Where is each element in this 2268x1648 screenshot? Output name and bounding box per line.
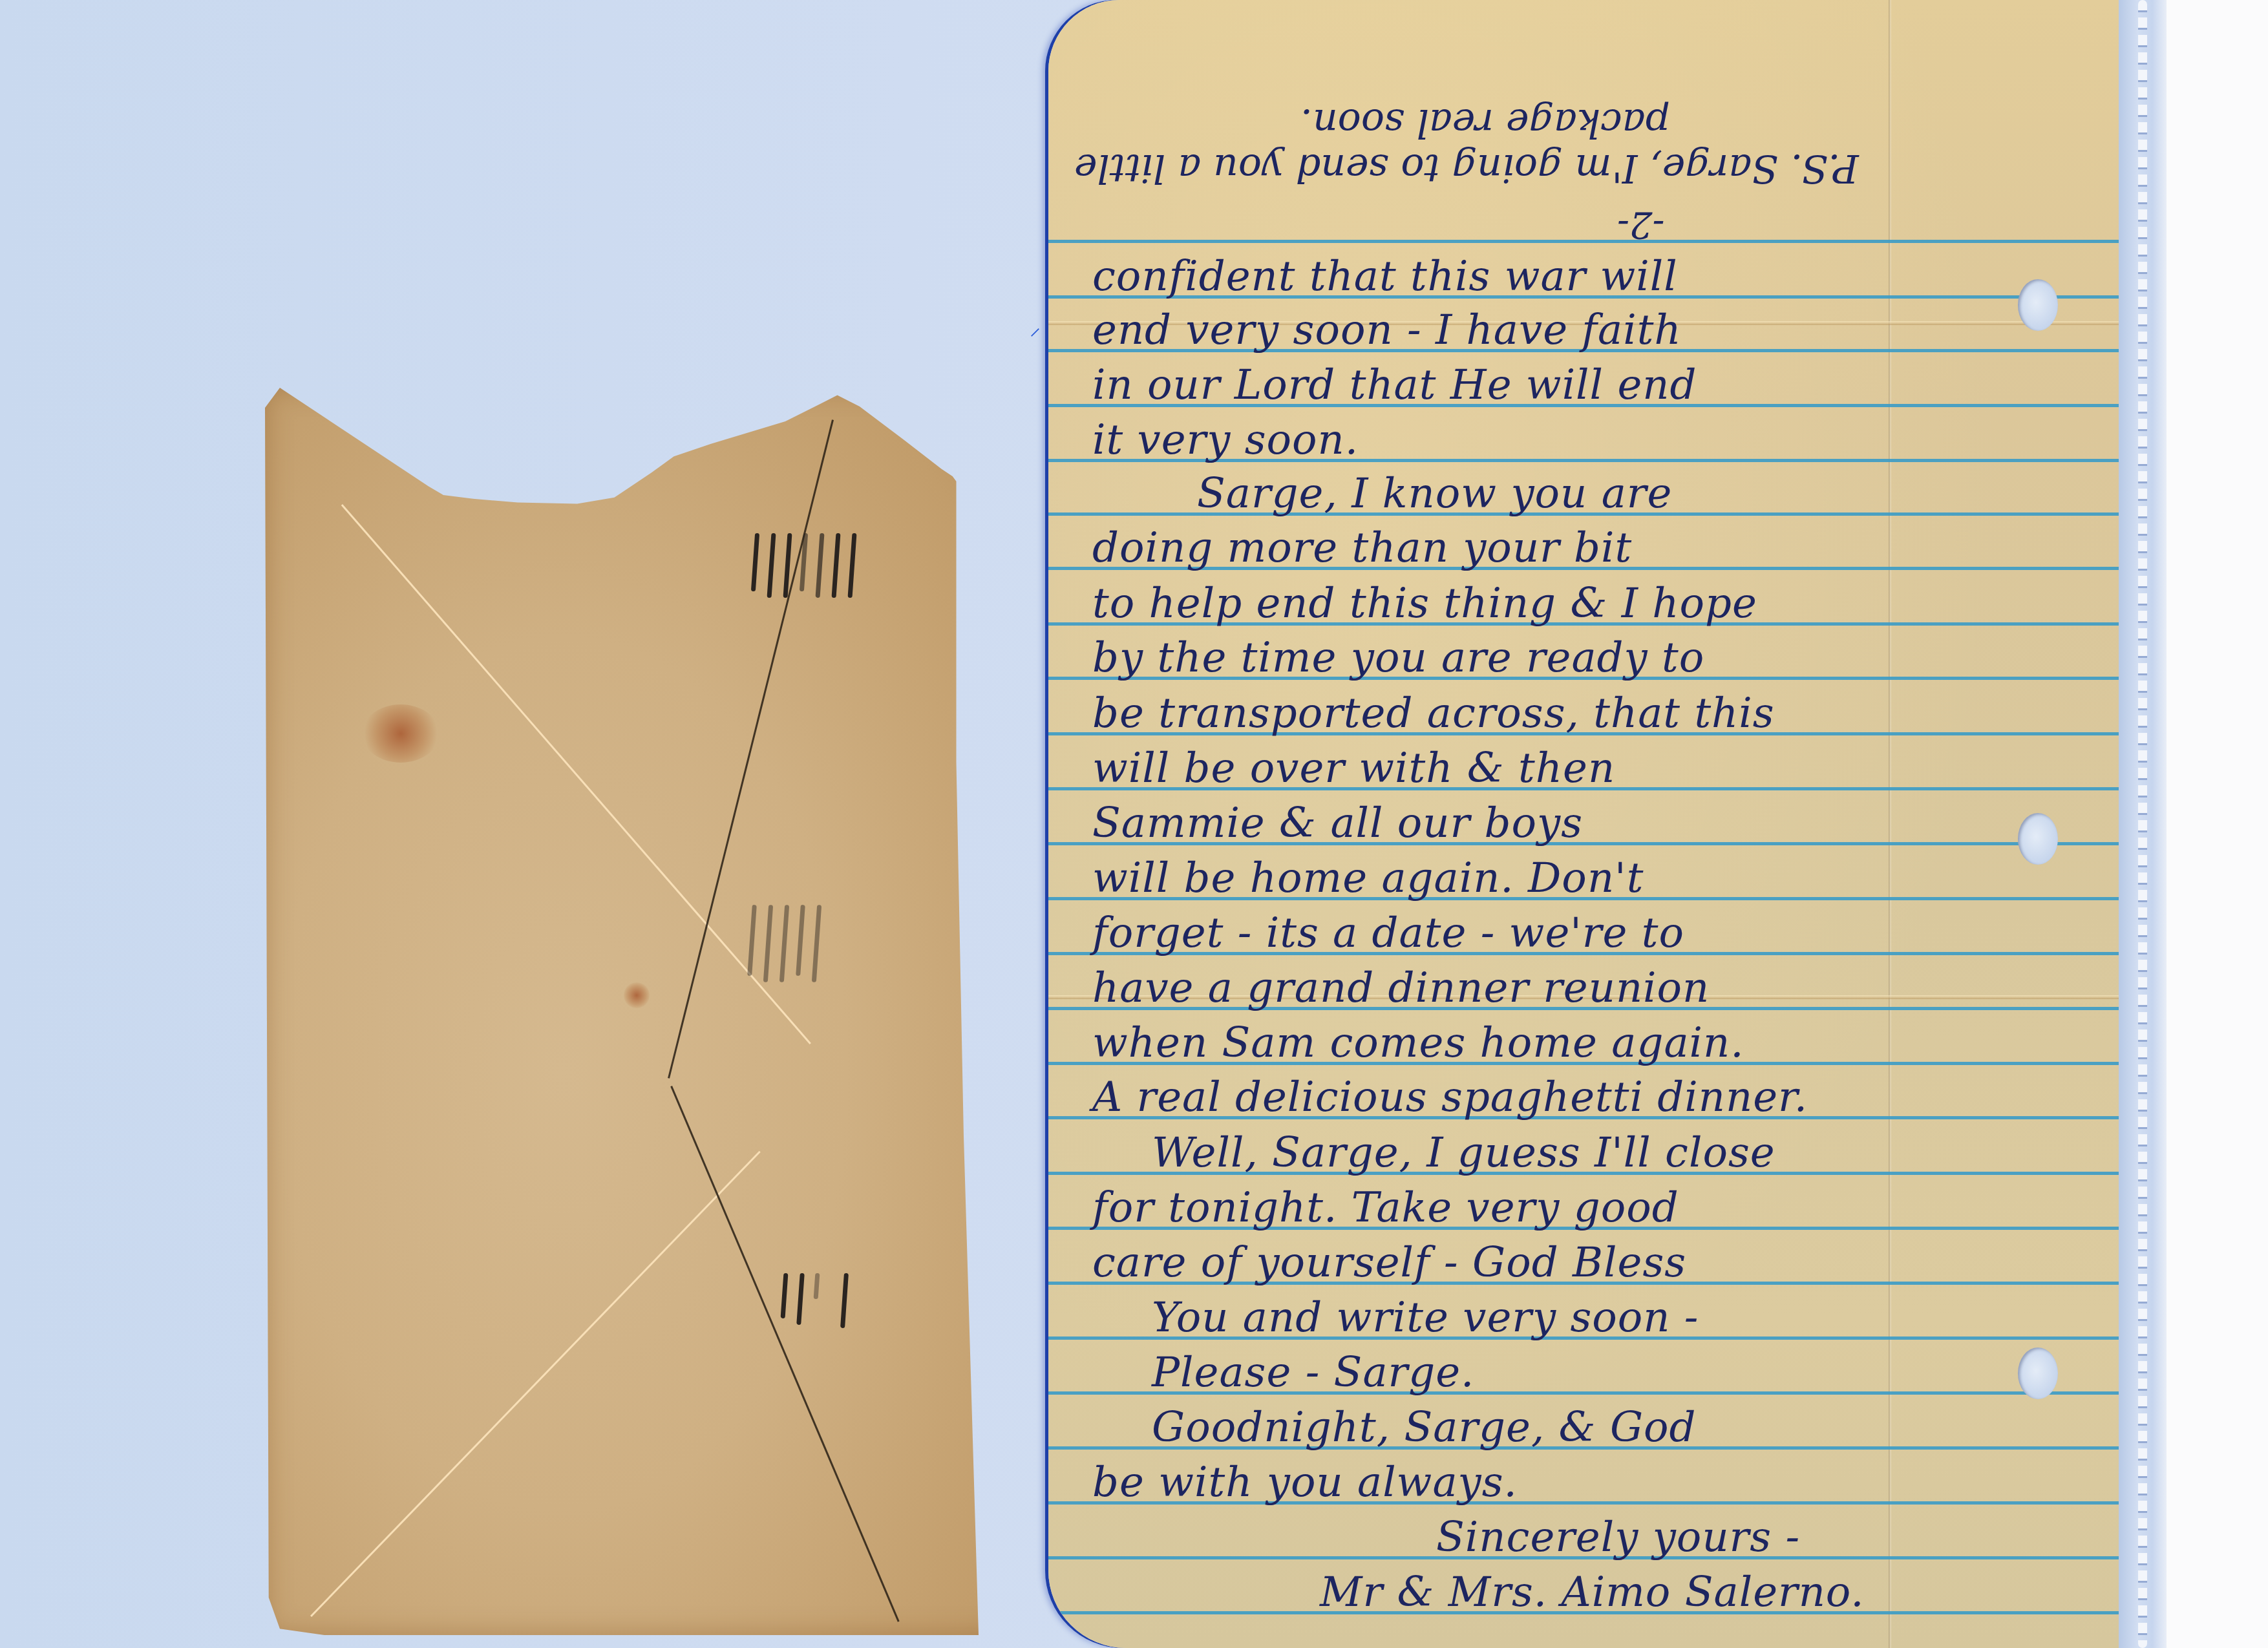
letter-line: be with you always. [1092,1462,1518,1503]
letter-line: Sammie & all our boys [1092,803,1583,844]
letter-line: for tonight. Take very good [1092,1187,1679,1229]
sleeve-backing [2167,0,2268,1648]
envelope-fold-bottom [310,1151,761,1617]
signature: Mr & Mrs. Aimo Salerno. [1320,1572,1865,1613]
letter-line: Sarge, I know you are [1197,473,1672,514]
postmark-bars-bottom [782,1273,847,1328]
letter-line: in our Lord that He will end [1092,364,1697,406]
letter-line: forget - its a date - we're to [1092,913,1684,954]
letter-line: have a grand dinner reunion [1092,967,1710,1009]
letter-line: it very soon. [1092,419,1359,461]
letter-line: end very soon - I have faith [1092,310,1682,351]
letter-line: Well, Sarge, I guess I'll close [1152,1132,1775,1174]
sheet-protector-edge [2119,0,2167,1648]
letter-line: A real delicious spaghetti dinner. [1092,1077,1808,1118]
binder-hole [2018,1347,2058,1399]
ink-mark: ⸝ [1030,317,1048,331]
letter-line: be transported across, that this [1092,693,1775,734]
letter-line: will be over with & then [1092,748,1615,789]
stain [362,704,440,763]
stain [624,982,650,1008]
ruled-line [1048,240,2119,243]
binder-hole [2018,813,2058,865]
paper-fold-vertical [1889,0,1891,1648]
letter-line: by the time you are ready to [1092,637,1704,679]
postscript-line-1: P.S. Sarge, I'm going to send you a litt… [1074,145,1859,191]
letter-line: will be home again. Don't [1092,858,1644,899]
closing: Sincerely yours - [1436,1517,1800,1558]
letter-line: doing more than your bit [1092,527,1632,569]
envelope-flap-edge-lower [670,1086,899,1622]
letter-line: to help end this thing & I hope [1092,583,1757,624]
letter-line: Please - Sarge. [1152,1352,1474,1393]
letter-line: You and write very soon - [1152,1297,1699,1338]
binder-hole [2018,279,2058,331]
letter-line: Goodnight, Sarge, & God [1152,1407,1697,1448]
letter-page: P.S. Sarge, I'm going to send you a litt… [1048,0,2119,1648]
postscript-line-2: package real soon. [1300,100,1670,145]
postmark-bars-top [753,533,854,598]
letter-line: confident that this war will [1092,256,1678,297]
letter-line: when Sam comes home again. [1092,1022,1744,1064]
envelope [265,388,1008,1635]
envelope-fold-left [341,504,811,1044]
sleeve-perforations [2138,0,2147,1648]
letter-line: care of yourself - God Bless [1092,1242,1686,1284]
postmark-bars-middle [750,905,819,982]
